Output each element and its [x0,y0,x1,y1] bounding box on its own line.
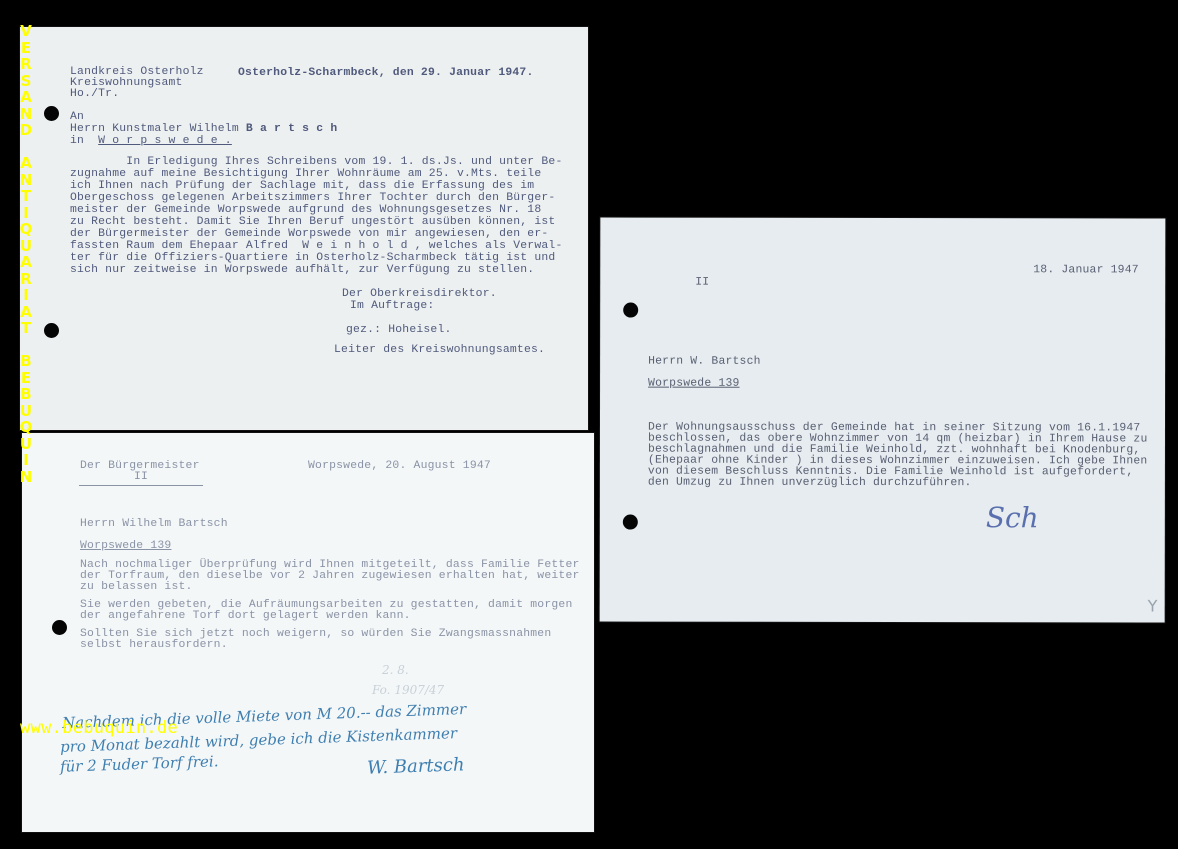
body-line: ich Ihnen nach Prüfung der Sachlage mit,… [70,181,534,193]
reference: II [695,278,709,290]
recipient-name: Herrn W. Bartsch [648,357,761,369]
watermark-letter: N [19,469,33,486]
watermark-letter: A [19,254,33,271]
body-line: sich nur zeitweise in Worpswede aufhält,… [70,265,534,277]
recipient-surname: B a r t s c h [246,123,337,135]
body-line: der Bürgermeister der Gemeinde Worpswede… [70,229,548,241]
watermark-letter: B [19,353,33,370]
letter-body: Der Wohnungsausschuss der Gemeinde hat i… [600,218,1165,219]
closing-title: Der Oberkreisdirektor. [342,289,497,301]
body-line: selbst herausfordern. [80,640,228,652]
watermark-letter: U [19,436,33,453]
recipient-town-line: in W o r p s w e d e . [70,136,232,148]
body-line: In Erledigung Ihres Schreibens vom 19. 1… [70,157,563,169]
handwritten-signature: W. Bartsch [367,753,465,779]
watermark-letter: T [19,188,33,205]
watermark-letter: Q [19,221,33,238]
watermark-letter: A [19,304,33,321]
watermark-letter [19,337,33,354]
punch-hole [44,323,59,338]
body-line: Obergeschoss gelegenen Arbeitszimmers Ih… [70,193,555,205]
place-date: Worpswede, 20. August 1947 [308,461,491,473]
recipient-name: Herrn Wilhelm Bartsch [80,519,228,531]
watermark-letter: B [19,386,33,403]
watermark-letter: T [19,320,33,337]
watermark-letter: N [19,106,33,123]
watermark-letter: D [19,122,33,139]
watermark-letter: I [19,452,33,469]
letter-buergermeister-august: Der Bürgermeister II Worpswede, 20. Augu… [22,433,594,832]
watermark-letter: V [19,23,33,40]
watermark-letter [19,139,33,156]
body-line: den Umzug zu Ihnen unverzüglich durchzuf… [648,478,972,490]
recipient-line: Herrn Kunstmaler Wilhelm B a r t s c h [70,124,337,136]
letter-kreiswohnungsamt: Landkreis Osterholz Kreiswohnungsamt Ho.… [20,27,588,430]
watermark-letter: R [19,56,33,73]
recipient-town: Worpswede 139 [80,541,171,553]
closing-role: Leiter des Kreiswohnungsamtes. [334,345,545,357]
pencil-note: 2. 8. [382,663,409,677]
closing-signature: gez.: Hoheisel. [346,325,452,337]
punch-hole [52,620,67,635]
pencil-note: Fo. 1907/47 [372,683,444,697]
watermark-letter: S [19,73,33,90]
recipient-town: Worpswede 139 [648,379,739,391]
recipient-prefix: Herrn Kunstmaler Wilhelm [70,123,246,135]
body-line: ter für die Offiziers-Quartiere in Oster… [70,253,555,265]
body-line: fassten Raum dem Ehepaar Alfred W e i n … [70,241,563,253]
body-line: zu Recht besteht. Damit Sie Ihren Beruf … [70,217,555,229]
watermark-letter: R [19,271,33,288]
punch-hole [623,515,638,530]
watermark-letter: A [19,89,33,106]
watermark-letter: N [19,172,33,189]
handwritten-signature: Sch [986,501,1039,534]
watermark-letter: Q [19,419,33,436]
salutation: An [70,112,84,124]
sender-underline [79,485,203,486]
letter-wohnungsausschuss-january: 18. Januar 1947 II Herrn W. Bartsch Worp… [600,218,1166,623]
watermark-letter: I [19,205,33,222]
watermark-letter: I [19,287,33,304]
watermark-letter: E [19,40,33,57]
closing-order: Im Auftrage: [350,301,434,313]
sender-line: Ho./Tr. [70,89,119,101]
body-line: zugnahme auf meine Besichtigung Ihrer Wo… [70,169,541,181]
body-line: zu belassen ist. [80,582,193,594]
watermark-url: www.bebuquin.de [20,718,178,738]
body-line: meister der Gemeinde Worpswede aufgrund … [70,205,541,217]
corner-pencil-mark: Y [1148,596,1158,615]
watermark-letter: U [19,403,33,420]
watermark-letter: E [19,370,33,387]
punch-hole [44,106,59,121]
recipient-town: W o r p s w e d e . [98,135,232,147]
place-date: Osterholz-Scharmbeck, den 29. Januar 194… [238,68,534,80]
sender-line: II [134,472,148,484]
recipient-town-prefix: in [70,135,98,147]
punch-hole [623,303,638,318]
body-line: der angefahrene Torf dort gelagert werde… [80,611,411,623]
watermark-letter: U [19,238,33,255]
watermark-letter: A [19,155,33,172]
handwritten-line: für 2 Fuder Torf frei. [60,750,219,779]
letter-date: 18. Januar 1947 [1033,265,1139,277]
watermark-vertical: V E R S A N D A N T I Q U A R I A T B E … [19,23,33,485]
